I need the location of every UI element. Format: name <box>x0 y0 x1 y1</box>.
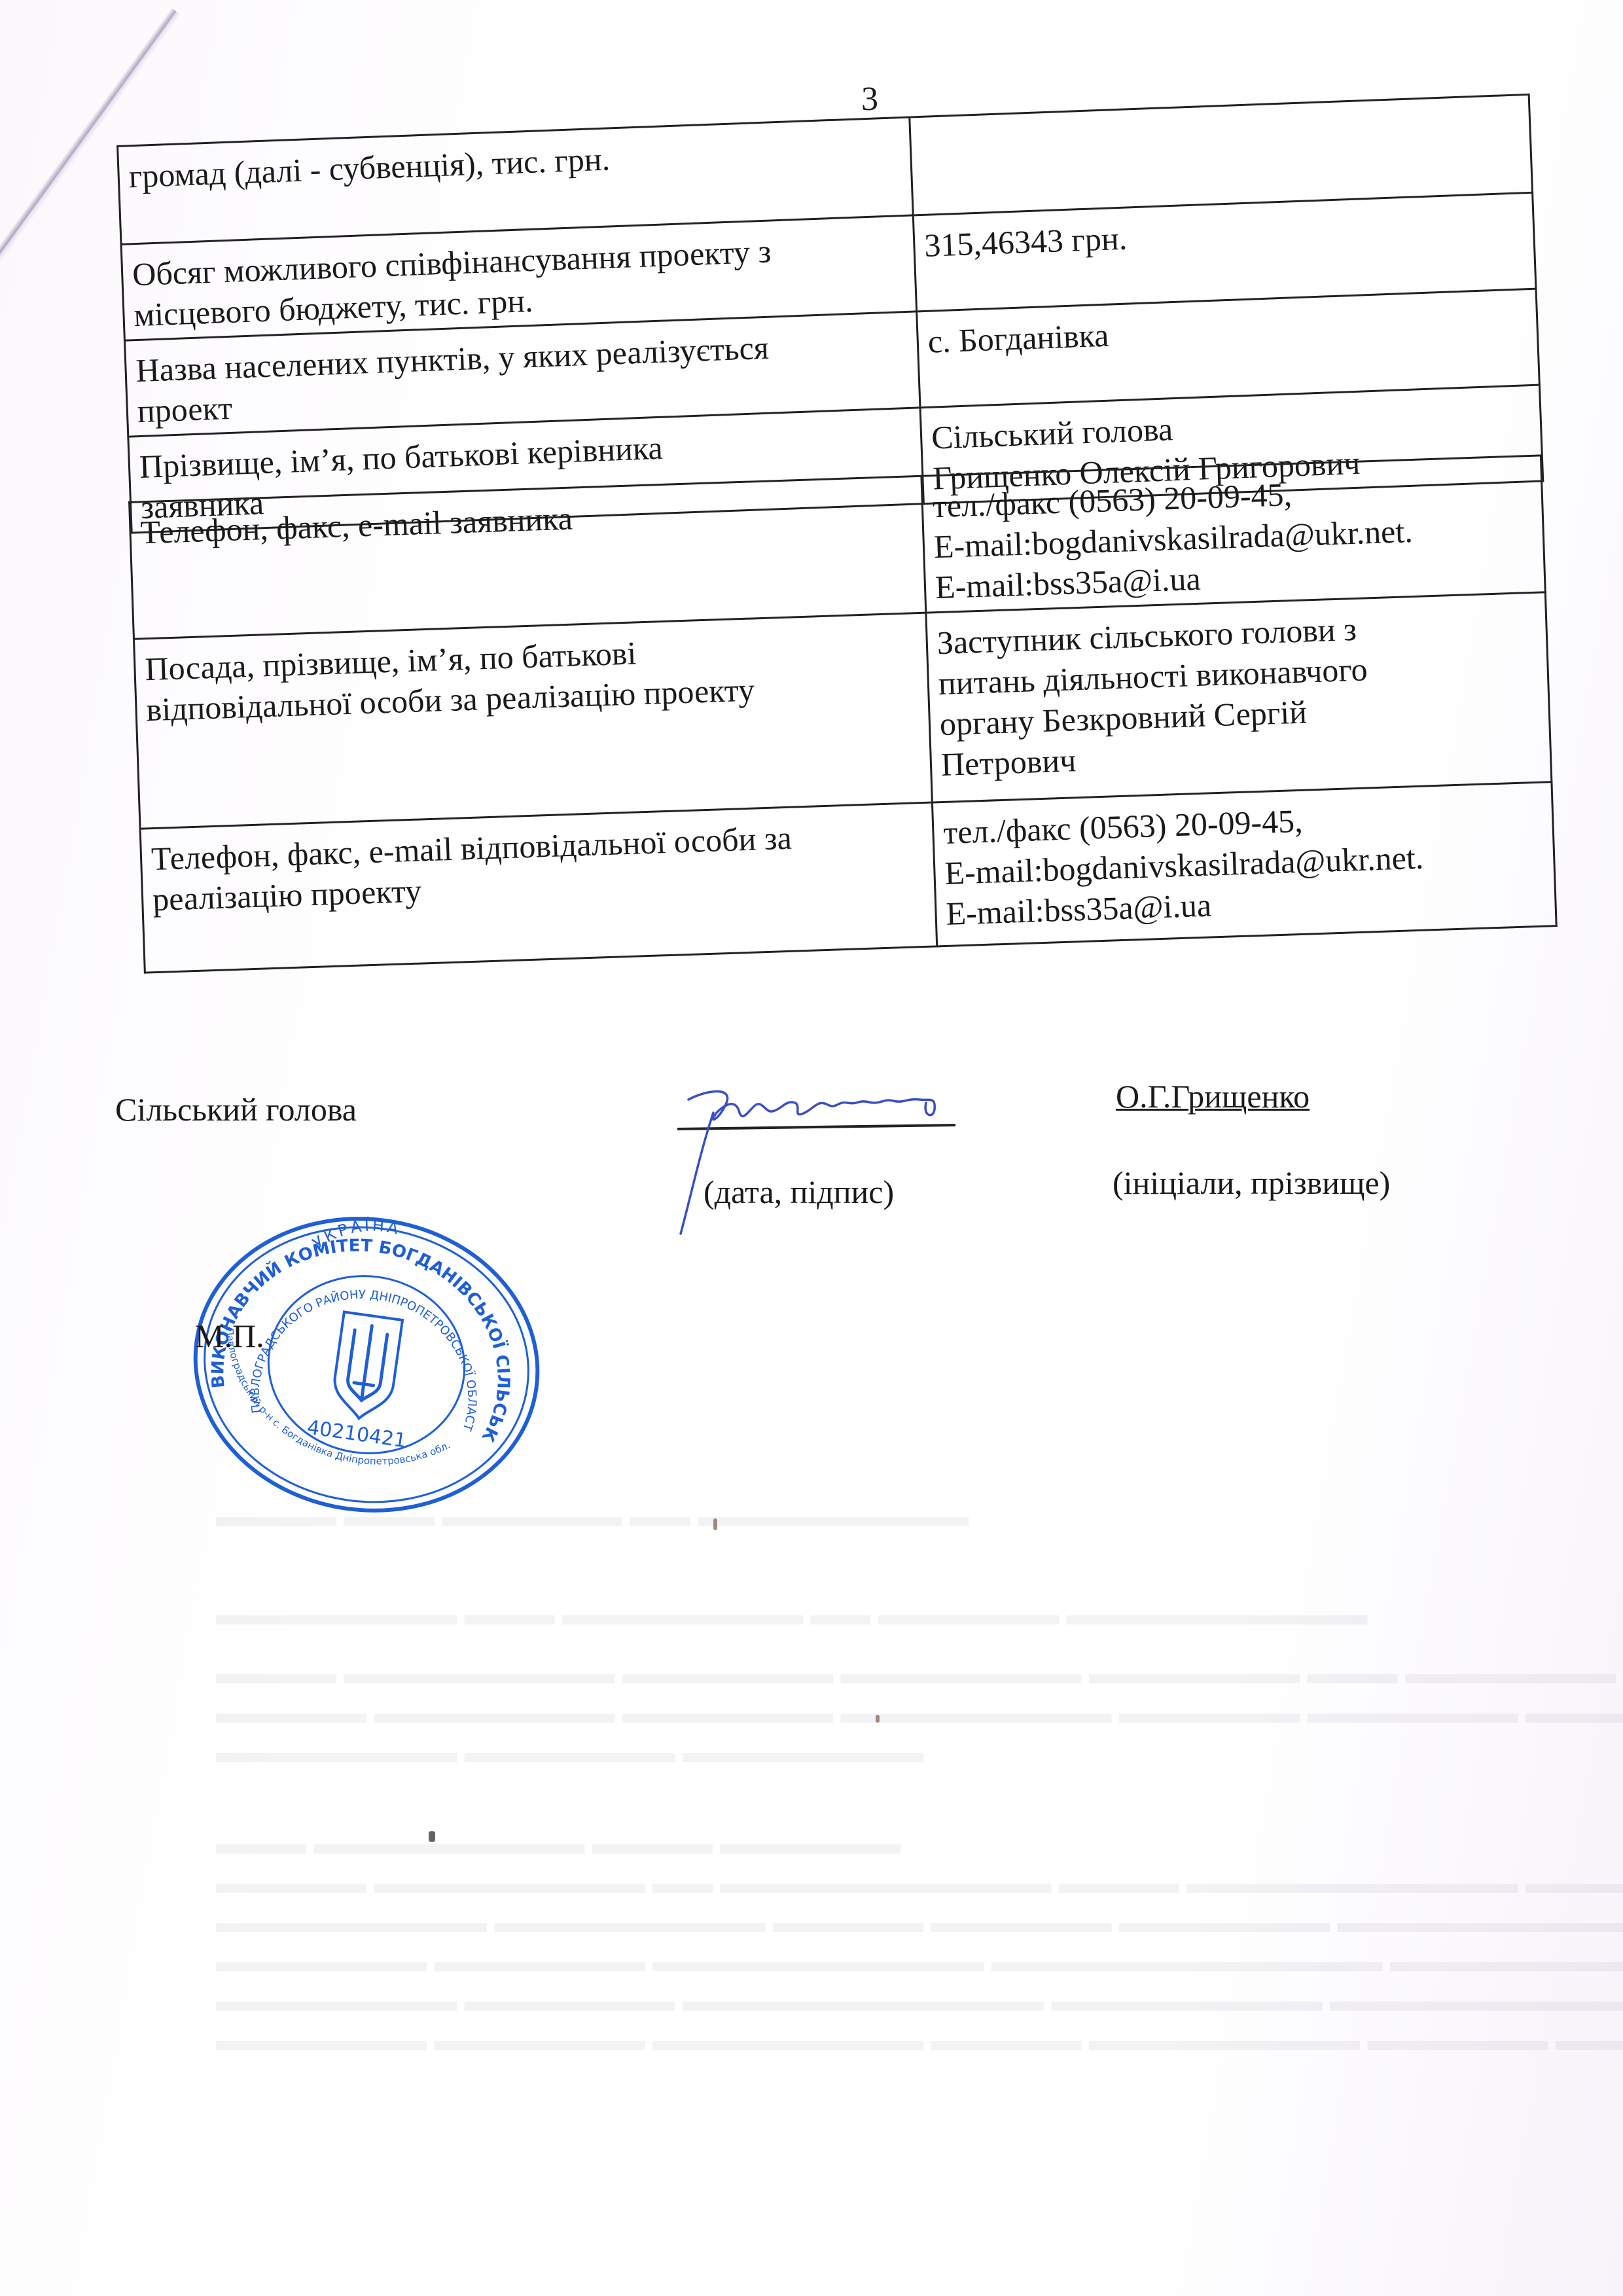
bleed-through-text: ▬▬▬▬▬▬▬▬ ▬▬▬▬▬▬▬ ▬▬▬▬▬▬▬▬▬▬▬▬ ▬▬▬▬▬▬▬▬▬ … <box>216 1983 1623 2018</box>
bleed-through-text: ▬▬▬▬▬▬▬▬ ▬▬▬▬▬▬▬ ▬▬▬▬▬▬▬▬ <box>216 1734 923 1769</box>
caption-initials-surname: (ініціали, прізвище) <box>1113 1164 1390 1202</box>
caption-date-signature: (дата, підпис) <box>704 1173 894 1211</box>
bleed-through-text: ▬▬▬▬▬▬▬▬▬ ▬▬▬▬▬▬▬▬▬ ▬▬▬▬▬ ▬▬▬▬▬▬ ▬▬▬▬▬▬▬… <box>216 1905 1623 1939</box>
field-value-cell: тел./факс (0563) 20-09-45,E-mail:bogdani… <box>921 456 1545 613</box>
seal-placeholder-label: М.П. <box>195 1317 264 1355</box>
field-value-text: 315,46343 грн. <box>923 203 1525 266</box>
official-stamp-icon: ВИКОНАВЧИЙ КОМІТЕТ БОГДАНІВСЬКОЇ СІЛЬСЬК… <box>183 1211 550 1518</box>
bleed-through-text: ▬▬▬▬▬▬▬ ▬▬▬▬▬▬▬ ▬▬▬▬▬▬▬▬▬ ▬▬▬▬▬ ▬▬▬▬▬▬▬▬… <box>216 2022 1623 2057</box>
project-info-table-part-2: Телефон, факс, e-mail заявникател./факс … <box>128 454 1558 973</box>
bleed-through-text: ▬▬▬▬ ▬▬▬▬▬▬▬▬▬ ▬▬▬▬▬▬▬ ▬▬▬▬▬▬▬▬ ▬▬▬▬▬▬▬ … <box>216 1656 1616 1691</box>
field-value-text: с. Богданівка <box>927 299 1529 362</box>
signatory-name: О.Г.Грищенко <box>1116 1077 1310 1115</box>
bleed-through-text: ▬▬▬▬▬ ▬▬▬▬▬▬▬▬ ▬▬▬▬▬▬▬ ▬▬▬▬▬▬▬▬▬ ▬▬▬▬▬▬ … <box>216 1695 1623 1730</box>
bleed-through-text: ▬▬▬ ▬▬▬▬▬▬▬▬▬ ▬▬▬▬ ▬▬▬▬▬▬ <box>216 1826 901 1861</box>
signatory-title: Сільський голова <box>115 1090 357 1128</box>
field-value-cell: Заступник сільського голови зпитань діял… <box>926 592 1552 802</box>
handwritten-signature-icon <box>628 1073 995 1244</box>
field-label-cell: Телефон, факс, e-mail відповідальної осо… <box>140 802 937 973</box>
field-label-cell: Телефон, факс, e-mail заявника <box>130 476 926 639</box>
field-label-cell: Посада, прізвище, ім’я, по батьковівідпо… <box>134 613 932 829</box>
scan-speck <box>876 1715 880 1723</box>
bleed-through-text: ▬▬▬▬▬▬▬ ▬▬▬▬▬▬▬ ▬▬▬▬▬▬▬▬▬▬▬ ▬▬▬▬▬▬▬▬▬▬▬▬… <box>216 1944 1623 1979</box>
scan-speck <box>429 1831 435 1842</box>
page-number: 3 <box>861 80 878 118</box>
bleed-through-text: ▬▬▬▬▬▬▬▬ ▬▬▬ ▬▬▬▬▬▬▬▬ ▬▬ ▬▬▬▬▬▬ ▬▬▬▬▬▬▬▬… <box>216 1597 1368 1632</box>
scan-speck <box>713 1518 717 1530</box>
field-value-cell: тел./факс (0563) 20-09-45,E-mail:bogdani… <box>932 782 1556 946</box>
bleed-through-text: ▬▬▬▬▬ ▬▬▬▬▬▬▬▬▬ ▬▬ ▬▬▬▬▬▬▬▬▬▬▬ ▬▬▬▬ ▬▬▬▬… <box>216 1865 1623 1900</box>
